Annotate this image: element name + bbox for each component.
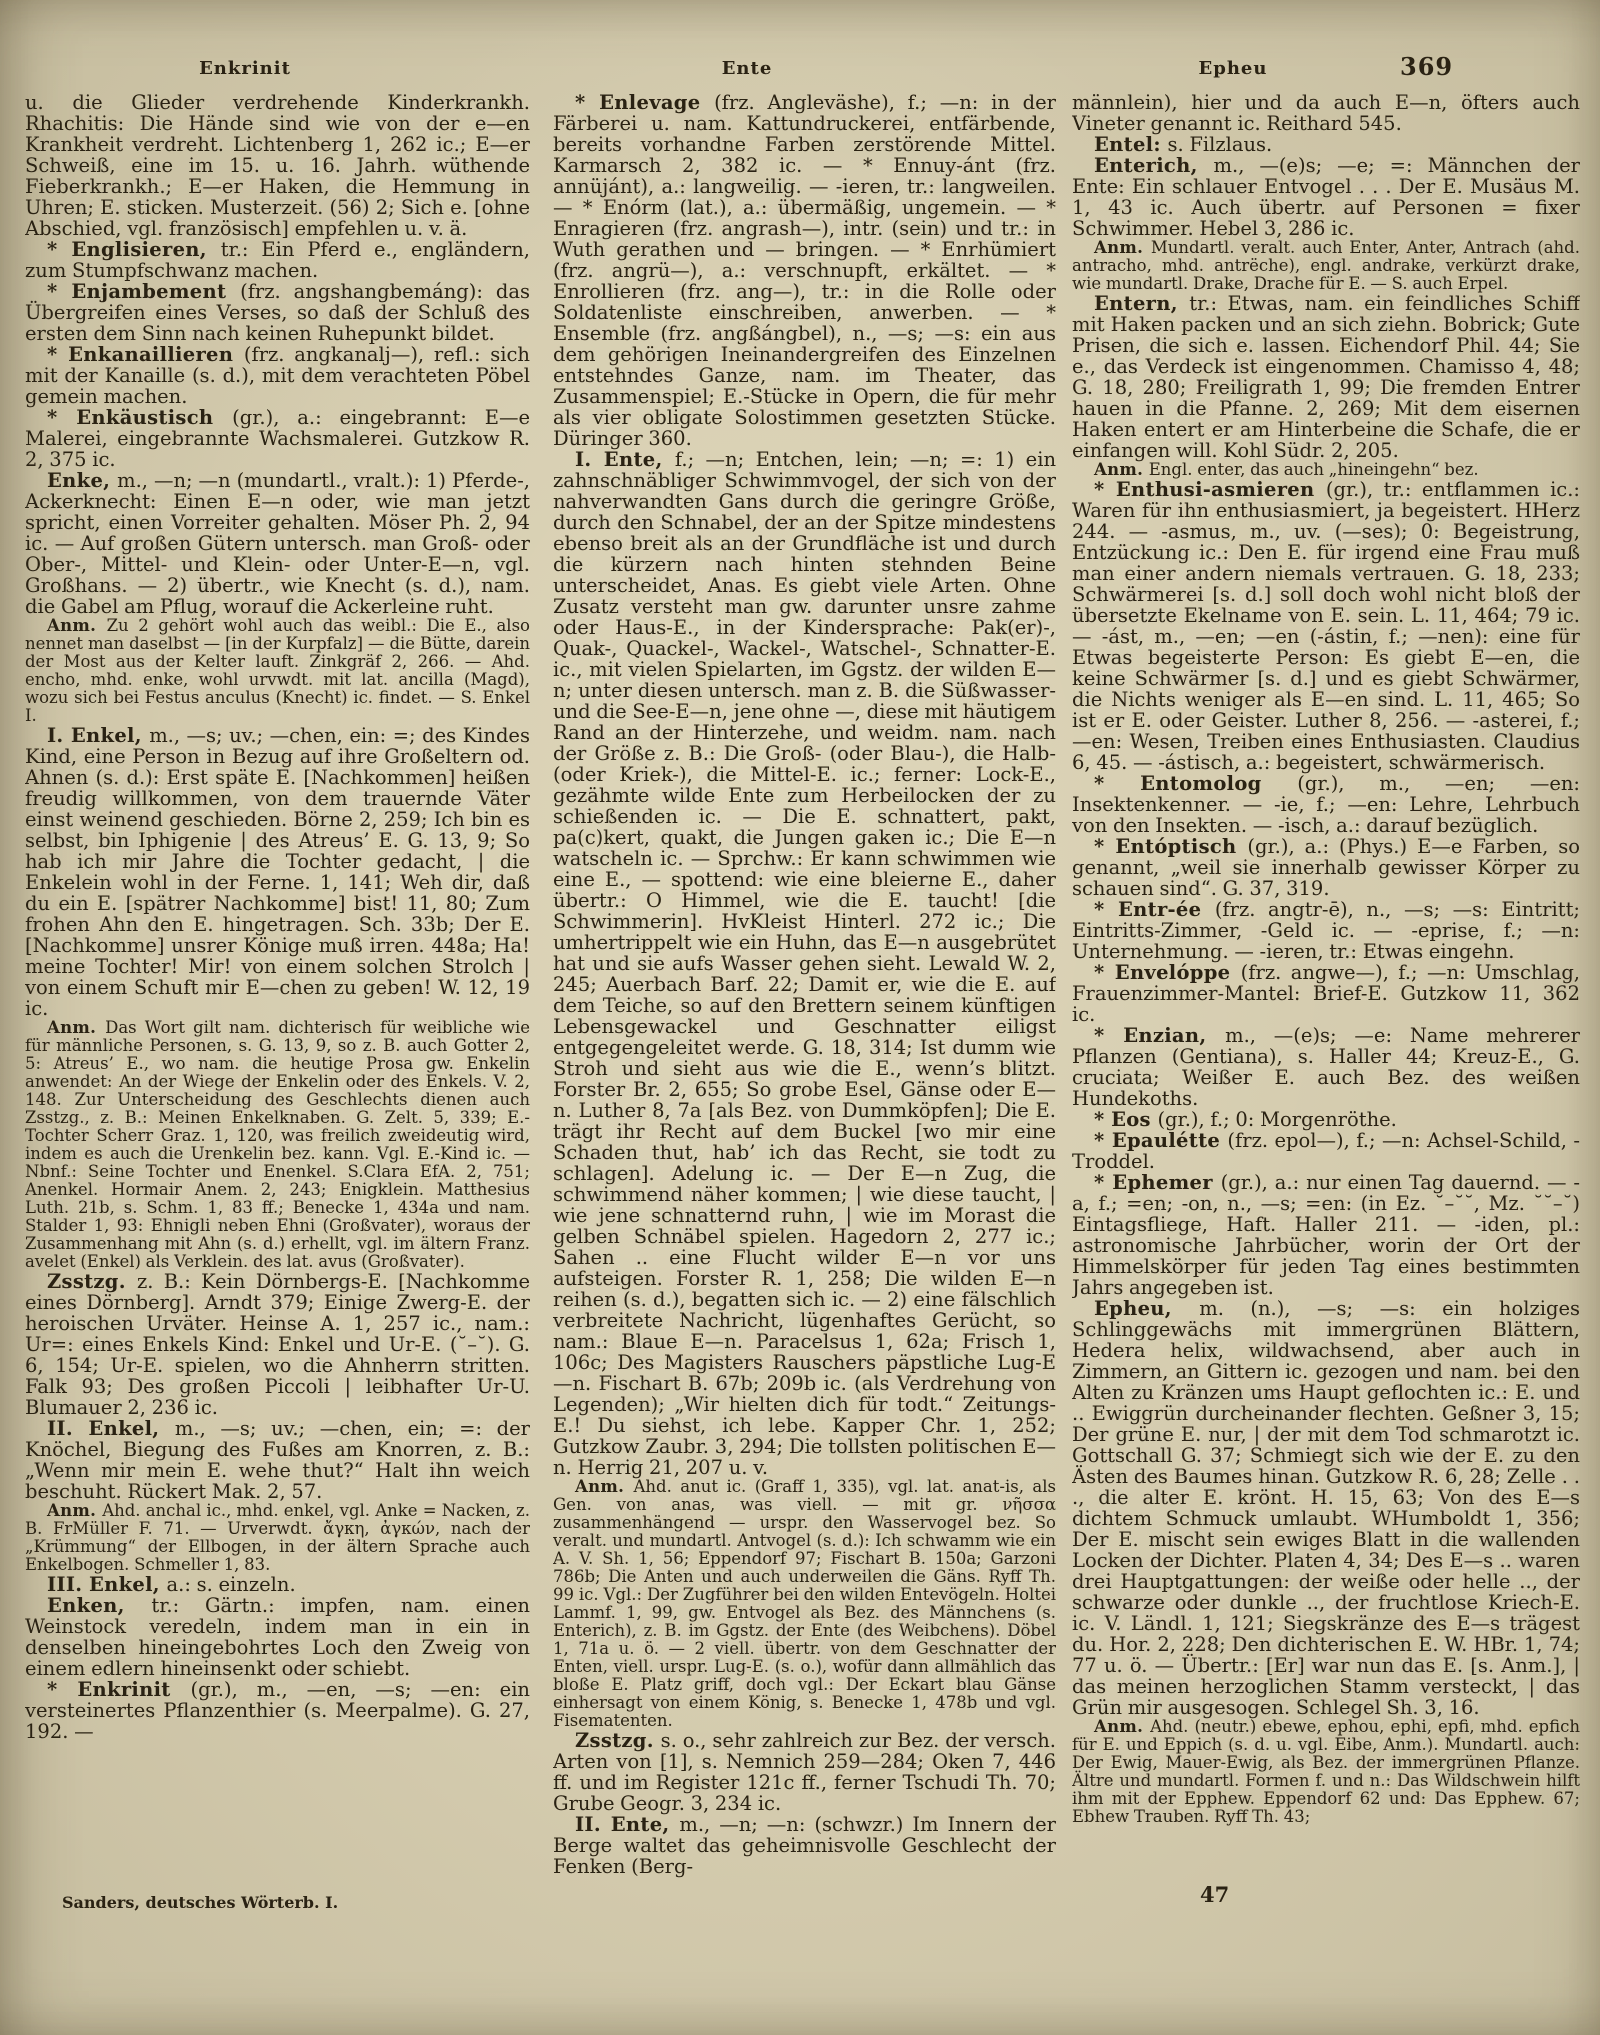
entry-paragraph: * Enlevage (frz. Angleväshe), f.; —n: in… <box>553 92 1056 449</box>
entry-text: u. die Glieder verdrehende Kinderkrankh.… <box>25 92 530 240</box>
entry-paragraph: Enken, tr.: Gärtn.: impfen, nam. einen W… <box>25 1595 530 1679</box>
entry-paragraph: Entel: s. Filzlaus. <box>1072 134 1580 155</box>
entry-headword: Anm. <box>575 1477 633 1496</box>
entry-headword: II. Enkel, <box>47 1417 175 1440</box>
entry-paragraph: Anm. Ahd. (neutr.) ebewe, ephou, ephi, e… <box>1072 1718 1580 1826</box>
entry-paragraph: Enke, m., —n; —n (mundartl., vralt.): 1)… <box>25 470 530 617</box>
entry-paragraph: II. Ente, m., —n; —n: (schwzr.) Im Inner… <box>553 1814 1056 1877</box>
entry-paragraph: * Entr-ée (frz. angtr-ē), n., —s; —s: Ei… <box>1072 899 1580 962</box>
entry-text: (gr.), tr.: entflammen ic.: Waren für ih… <box>1072 478 1580 774</box>
entry-headword: * Enzian, <box>1094 1024 1225 1047</box>
entry-paragraph: Epheu, m. (n.), —s; —s: ein holziges Sch… <box>1072 1298 1580 1718</box>
running-head-center: Ente <box>722 58 773 79</box>
text-column-right: männlein), hier und da auch E—n, öfters … <box>1072 92 1580 1892</box>
entry-headword: III. Enkel, <box>47 1573 167 1596</box>
entry-paragraph: III. Enkel, a.: s. einzeln. <box>25 1574 530 1595</box>
entry-paragraph: Anm. Ahd. anut ic. (Graff 1, 335), vgl. … <box>553 1478 1056 1730</box>
entry-paragraph: Zsstzg. s. o., sehr zahlreich zur Bez. d… <box>553 1730 1056 1814</box>
entry-text: Engl. enter, das auch „hineingehn“ bez. <box>1149 460 1479 479</box>
entry-headword: Entern, <box>1094 292 1189 315</box>
entry-paragraph: * Enkanaillieren (frz. angkanalj—), refl… <box>25 344 530 407</box>
entry-headword: Enken, <box>47 1594 151 1617</box>
entry-paragraph: Enterich, m., —(e)s; —e; =: Männchen der… <box>1072 155 1580 239</box>
scanned-dictionary-page: Enkrinit Ente Epheu 369 u. die Glieder v… <box>0 0 1600 2035</box>
entry-text: m. (n.), —s; —s: ein holziges Schlinggew… <box>1072 1297 1580 1719</box>
entry-paragraph: * Englisieren, tr.: Ein Pferd e., englän… <box>25 239 530 281</box>
running-head-right: Epheu <box>1199 58 1268 79</box>
entry-headword: * Envelóppe <box>1094 961 1241 984</box>
entry-paragraph: Zsstzg. z. B.: Kein Dörnbergs-E. [Nachko… <box>25 1271 530 1418</box>
entry-paragraph: I. Enkel, m., —s; uv.; —chen, ein: =; de… <box>25 725 530 1019</box>
sheet-number: 47 <box>1200 1882 1229 1907</box>
entry-text: Das Wort gilt nam. dichterisch für weibl… <box>25 1018 530 1271</box>
entry-paragraph: Anm. Engl. enter, das auch „hineingehn“ … <box>1072 461 1580 479</box>
entry-text: (frz. Angleväshe), f.; —n: in der Färber… <box>553 92 1056 450</box>
entry-paragraph: männlein), hier und da auch E—n, öfters … <box>1072 92 1580 134</box>
text-column-left: u. die Glieder verdrehende Kinderkrankh.… <box>25 92 530 1892</box>
entry-text: a.: s. einzeln. <box>167 1573 296 1596</box>
entry-paragraph: Anm. Mundartl. veralt. auch Enter, Anter… <box>1072 239 1580 293</box>
printer-signature: Sanders, deutsches Wörterb. I. <box>62 1893 338 1912</box>
entry-text: z. B.: Kein Dörnbergs-E. [Nachkomme eine… <box>25 1270 530 1419</box>
entry-headword: * Enkäustisch <box>47 406 232 429</box>
entry-headword: I. Ente, <box>575 448 675 471</box>
entry-paragraph: * Enkrinit (gr.), m., —en, —s; —en: ein … <box>25 1679 530 1742</box>
entry-headword: Anm. <box>47 1018 105 1037</box>
entry-headword: Epheu, <box>1094 1297 1199 1320</box>
entry-paragraph: * Envelóppe (frz. angwe—), f.; —n: Umsch… <box>1072 962 1580 1025</box>
entry-paragraph: * Eos (gr.), f.; 0: Morgenröthe. <box>1072 1109 1580 1130</box>
entry-text: (gr.), f.; 0: Morgenröthe. <box>1157 1108 1396 1131</box>
entry-paragraph: * Enzian, m., —(e)s; —e: Name mehrerer P… <box>1072 1025 1580 1109</box>
entry-headword: Anm. <box>1094 460 1149 479</box>
entry-paragraph: * Enthusi-asmieren (gr.), tr.: entflamme… <box>1072 479 1580 773</box>
entry-headword: * Ephemer <box>1094 1171 1221 1194</box>
entry-paragraph: * Ephemer (gr.), a.: nur einen Tag dauer… <box>1072 1172 1580 1298</box>
entry-text: m., —n; —n (mundartl., vralt.): 1) Pferd… <box>25 469 530 618</box>
text-column-center: * Enlevage (frz. Angleväshe), f.; —n: in… <box>553 92 1056 1892</box>
entry-headword: Zsstzg. <box>47 1270 137 1293</box>
entry-headword: Anm. <box>1094 1717 1150 1736</box>
entry-paragraph: Anm. Zu 2 gehört wohl auch das weibl.: D… <box>25 617 530 725</box>
entry-headword: Enke, <box>47 469 117 492</box>
entry-headword: Anm. <box>47 1501 102 1520</box>
entry-paragraph: * Entóptisch (gr.), a.: (Phys.) E—e Farb… <box>1072 836 1580 899</box>
entry-paragraph: Entern, tr.: Etwas, nam. ein feindliches… <box>1072 293 1580 461</box>
entry-text: Ahd. anut ic. (Graff 1, 335), vgl. lat. … <box>553 1477 1056 1730</box>
entry-headword: * Enkrinit <box>47 1678 191 1701</box>
entry-headword: * Englisieren, <box>47 238 221 261</box>
entry-headword: Zsstzg. <box>575 1729 661 1752</box>
entry-headword: * Eos <box>1094 1108 1157 1131</box>
entry-headword: * Enkanaillieren <box>47 343 244 366</box>
entry-text: f.; —n; Entchen, lein; —n; =: 1) ein zah… <box>553 448 1056 1479</box>
entry-paragraph: I. Ente, f.; —n; Entchen, lein; —n; =: 1… <box>553 449 1056 1478</box>
entry-paragraph: * Entomolog (gr.), m., —en; —en: Insekte… <box>1072 773 1580 836</box>
entry-text: männlein), hier und da auch E—n, öfters … <box>1072 92 1580 135</box>
entry-headword: * Enthusi-asmieren <box>1094 478 1326 501</box>
entry-headword: Anm. <box>47 616 107 635</box>
entry-paragraph: u. die Glieder verdrehende Kinderkrankh.… <box>25 92 530 239</box>
running-head-left: Enkrinit <box>199 58 291 79</box>
entry-paragraph: * Enjambement (frz. angshangbemáng): das… <box>25 281 530 344</box>
entry-paragraph: Anm. Ahd. anchal ic., mhd. enkel, vgl. A… <box>25 1502 530 1574</box>
entry-headword: * Enlevage <box>575 92 714 114</box>
entry-paragraph: Anm. Das Wort gilt nam. dichterisch für … <box>25 1019 530 1271</box>
entry-paragraph: * Epaulétte (frz. epol—), f.; —n: Achsel… <box>1072 1130 1580 1172</box>
entry-headword: * Entóptisch <box>1094 835 1247 858</box>
entry-headword: * Entomolog <box>1094 772 1297 795</box>
entry-headword: I. Enkel, <box>47 724 149 747</box>
entry-paragraph: II. Enkel, m., —s; uv.; —chen, ein; =: d… <box>25 1418 530 1502</box>
entry-headword: Anm. <box>1094 238 1151 257</box>
entry-headword: Enterich, <box>1094 154 1214 177</box>
entry-text: tr.: Etwas, nam. ein feindliches Schiff … <box>1072 292 1580 462</box>
entry-headword: II. Ente, <box>575 1813 679 1836</box>
entry-headword: * Enjambement <box>47 280 240 303</box>
page-number: 369 <box>1400 52 1453 81</box>
entry-text: s. Filzlaus. <box>1167 133 1272 156</box>
entry-headword: * Epaulétte <box>1094 1129 1227 1152</box>
entry-headword: * Entr-ée <box>1094 898 1215 921</box>
entry-text: m., —s; uv.; —chen, ein: =; des Kindes K… <box>25 724 530 1020</box>
entry-headword: Entel: <box>1094 133 1167 156</box>
entry-paragraph: * Enkäustisch (gr.), a.: eingebrannt: E—… <box>25 407 530 470</box>
